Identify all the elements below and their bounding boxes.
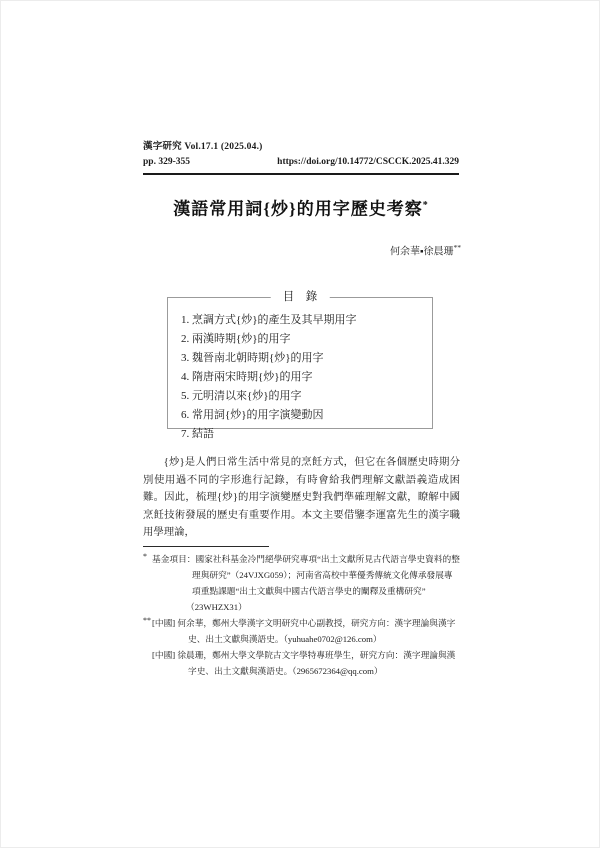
toc-heading: 目 錄 <box>271 290 330 305</box>
footnote-1-line-1: *基金項目：國家社科基金冷門絕學研究專項“出土文獻所見古代語言學史資料的整 <box>143 551 483 567</box>
footnote-2-line-3: [中國] 徐晨珊，鄭州大學文學院古文字學特專班學生，研究方向：漢字理論與漢 <box>143 647 483 663</box>
toc-list: 1. 烹調方式{炒}的產生及其早期用字 2. 兩漢時期{炒}的用字 3. 魏晉南… <box>168 298 432 444</box>
page-range: pp. 329-355 <box>143 155 190 169</box>
toc-item-3: 3. 魏晉南北朝時期{炒}的用字 <box>181 349 424 368</box>
doi-text: https://doi.org/10.14772/CSCCK.2025.41.3… <box>277 155 459 169</box>
footnote-2-text: [中國] 何余華，鄭州大學漢字文明研究中心副教授，研究方向：漢字理論與漢字 <box>152 618 455 628</box>
article-title-text: 漢語常用詞{炒}的用字歷史考察 <box>173 200 422 219</box>
abstract-paragraph: {炒}是人們日常生活中常見的烹飪方式，但它在各個歷史時期分別使用過不同的字形進行… <box>143 454 460 542</box>
toc-item-2: 2. 兩漢時期{炒}的用字 <box>181 330 424 349</box>
footnote-separator <box>143 546 269 547</box>
authors-line: 何余華▪徐晨珊** <box>143 241 461 259</box>
authors-names: 何余華▪徐晨珊 <box>390 246 454 257</box>
authors-footnote-marker: ** <box>454 243 462 252</box>
footnote-1-line-3: 項重點課題“出土文獻與中國古代語言學史的闡釋及重構研究” <box>143 583 483 599</box>
footnote-2-line-1: **[中國] 何余華，鄭州大學漢字文明研究中心副教授，研究方向：漢字理論與漢字 <box>143 615 483 631</box>
article-title: 漢語常用詞{炒}的用字歷史考察* <box>143 194 459 222</box>
title-footnote-marker: * <box>423 200 429 211</box>
footnote-1-line-2: 理與研究”（24VJXG059）；河南省高校中華優秀傳統文化傳承發展專 <box>143 567 483 583</box>
header-second-line: pp. 329-355 https://doi.org/10.14772/CSC… <box>143 155 459 169</box>
footnote-2-line-4: 字史、出土文獻與漢語史。（2965672364@qq.com） <box>143 663 483 679</box>
toc-item-6: 6. 常用詞{炒}的用字演變動因 <box>181 406 424 425</box>
toc-item-5: 5. 元明清以來{炒}的用字 <box>181 387 424 406</box>
footnote-2-line-2: 史、出土文獻與漢語史。（yuhuahe0702@126.com） <box>143 631 483 647</box>
toc-item-1: 1. 烹調方式{炒}的產生及其早期用字 <box>181 311 424 330</box>
footnotes-block: *基金項目：國家社科基金冷門絕學研究專項“出土文獻所見古代語言學史資料的整 理與… <box>143 551 483 679</box>
footnote-1-text: 基金項目：國家社科基金冷門絕學研究專項“出土文獻所見古代語言學史資料的整 <box>152 554 460 564</box>
toc-box: 目 錄 1. 烹調方式{炒}的產生及其早期用字 2. 兩漢時期{炒}的用字 3.… <box>167 297 433 429</box>
toc-item-7: 7. 結語 <box>181 425 424 444</box>
paper-page: 漢字研究 Vol.17.1 (2025.04.) pp. 329-355 htt… <box>0 0 600 848</box>
footnote-1-line-4: （23WHZX31） <box>143 599 483 615</box>
toc-item-4: 4. 隋唐兩宋時期{炒}的用字 <box>181 368 424 387</box>
journal-header: 漢字研究 Vol.17.1 (2025.04.) pp. 329-355 htt… <box>143 140 459 175</box>
journal-volume-line: 漢字研究 Vol.17.1 (2025.04.) <box>143 140 459 154</box>
